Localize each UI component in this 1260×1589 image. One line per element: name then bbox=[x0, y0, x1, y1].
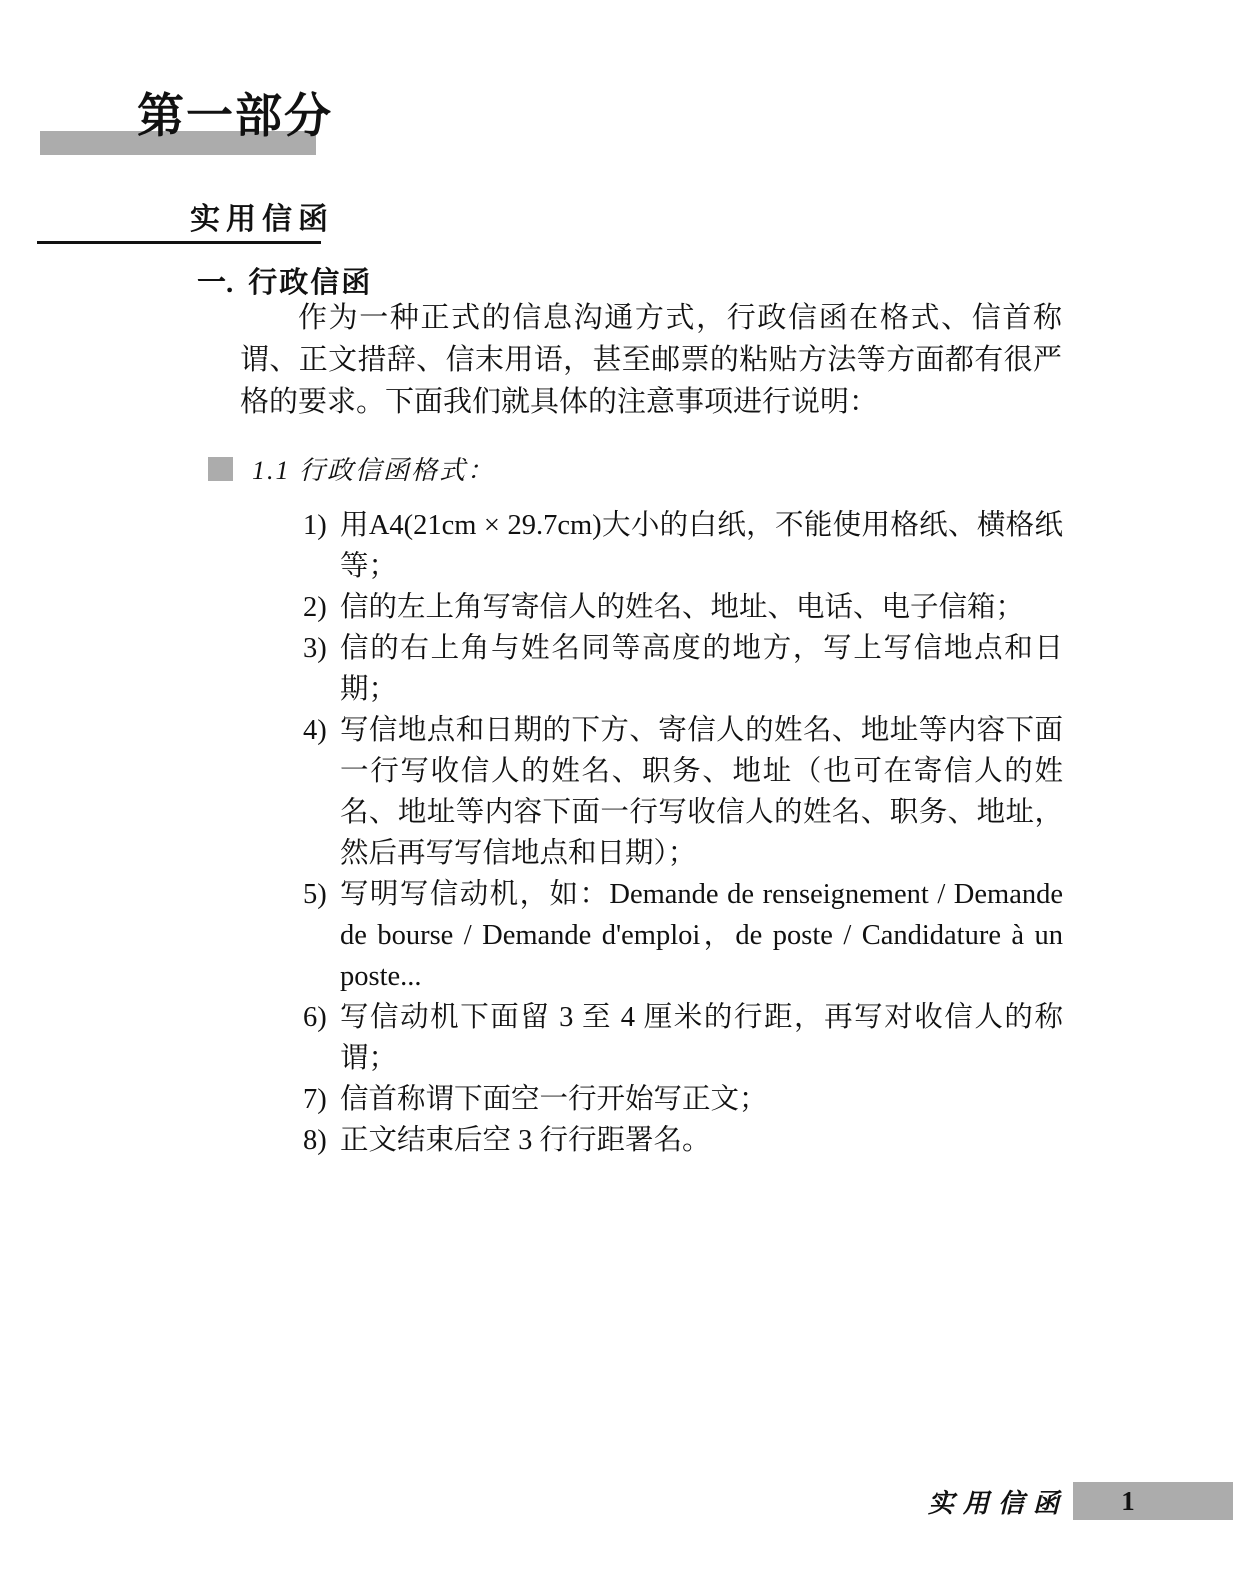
subsection-heading: 1.1 行政信函格式： bbox=[208, 450, 495, 487]
rule-item: 7) 信首称谓下面空一行开始写正文； bbox=[303, 1079, 1063, 1120]
rule-text: 写信动机下面留 3 至 4 厘米的行距，再写对收信人的称谓； bbox=[340, 997, 1063, 1079]
page-number-bar: 1 bbox=[1073, 1482, 1233, 1520]
rule-item: 2) 信的左上角写寄信人的姓名、地址、电话、电子信箱； bbox=[303, 587, 1063, 628]
rule-text: 信的右上角与姓名同等高度的地方，写上写信地点和日期； bbox=[340, 628, 1063, 710]
rule-number: 6) bbox=[303, 997, 340, 1079]
rule-item: 3) 信的右上角与姓名同等高度的地方，写上写信地点和日期； bbox=[303, 628, 1063, 710]
rule-item: 8) 正文结束后空 3 行行距署名。 bbox=[303, 1120, 1063, 1161]
rule-number: 2) bbox=[303, 587, 340, 628]
rule-text: 用A4(21cm × 29.7cm)大小的白纸，不能使用格纸、横格纸等； bbox=[340, 505, 1063, 587]
rule-number: 4) bbox=[303, 710, 340, 874]
rule-text: 信首称谓下面空一行开始写正文； bbox=[340, 1079, 1063, 1120]
intro-paragraph: 作为一种正式的信息沟通方式，行政信函在格式、信首称谓、正文措辞、信末用语，甚至邮… bbox=[240, 297, 1062, 423]
rule-number: 7) bbox=[303, 1079, 340, 1120]
square-bullet-icon bbox=[208, 457, 233, 481]
chapter-heading: 一.行政信函 bbox=[197, 260, 372, 301]
chapter-heading-title: 行政信函 bbox=[248, 267, 372, 299]
section-underline bbox=[37, 241, 321, 244]
subsection-label: 1.1 行政信函格式： bbox=[252, 450, 495, 487]
rule-number: 3) bbox=[303, 628, 340, 710]
rule-item: 1) 用A4(21cm × 29.7cm)大小的白纸，不能使用格纸、横格纸等； bbox=[303, 505, 1063, 587]
section-title: 实用信函 bbox=[190, 203, 334, 236]
chapter-heading-number: 一. bbox=[197, 267, 233, 299]
footer-section-label: 实用信函 bbox=[928, 1483, 1068, 1520]
book-page: 第一部分 实用信函 一.行政信函 作为一种正式的信息沟通方式，行政信函在格式、信… bbox=[0, 0, 1260, 1589]
rules-list: 1) 用A4(21cm × 29.7cm)大小的白纸，不能使用格纸、横格纸等； … bbox=[303, 505, 1063, 1161]
rule-text: 写信地点和日期的下方、寄信人的姓名、地址等内容下面一行写收信人的姓名、职务、地址… bbox=[340, 710, 1063, 874]
rule-text: 正文结束后空 3 行行距署名。 bbox=[340, 1120, 1063, 1161]
rule-number: 8) bbox=[303, 1120, 340, 1161]
rule-item: 5) 写明写信动机，如：Demande de renseignement / D… bbox=[303, 874, 1063, 997]
rule-number: 5) bbox=[303, 874, 340, 997]
rule-item: 4) 写信地点和日期的下方、寄信人的姓名、地址等内容下面一行写收信人的姓名、职务… bbox=[303, 710, 1063, 874]
part-title: 第一部分 bbox=[137, 94, 333, 141]
rule-text: 信的左上角写寄信人的姓名、地址、电话、电子信箱； bbox=[340, 587, 1063, 628]
rule-item: 6) 写信动机下面留 3 至 4 厘米的行距，再写对收信人的称谓； bbox=[303, 997, 1063, 1079]
page-number: 1 bbox=[1121, 1486, 1135, 1517]
rule-text: 写明写信动机，如：Demande de renseignement / Dema… bbox=[340, 874, 1063, 997]
rule-number: 1) bbox=[303, 505, 340, 587]
